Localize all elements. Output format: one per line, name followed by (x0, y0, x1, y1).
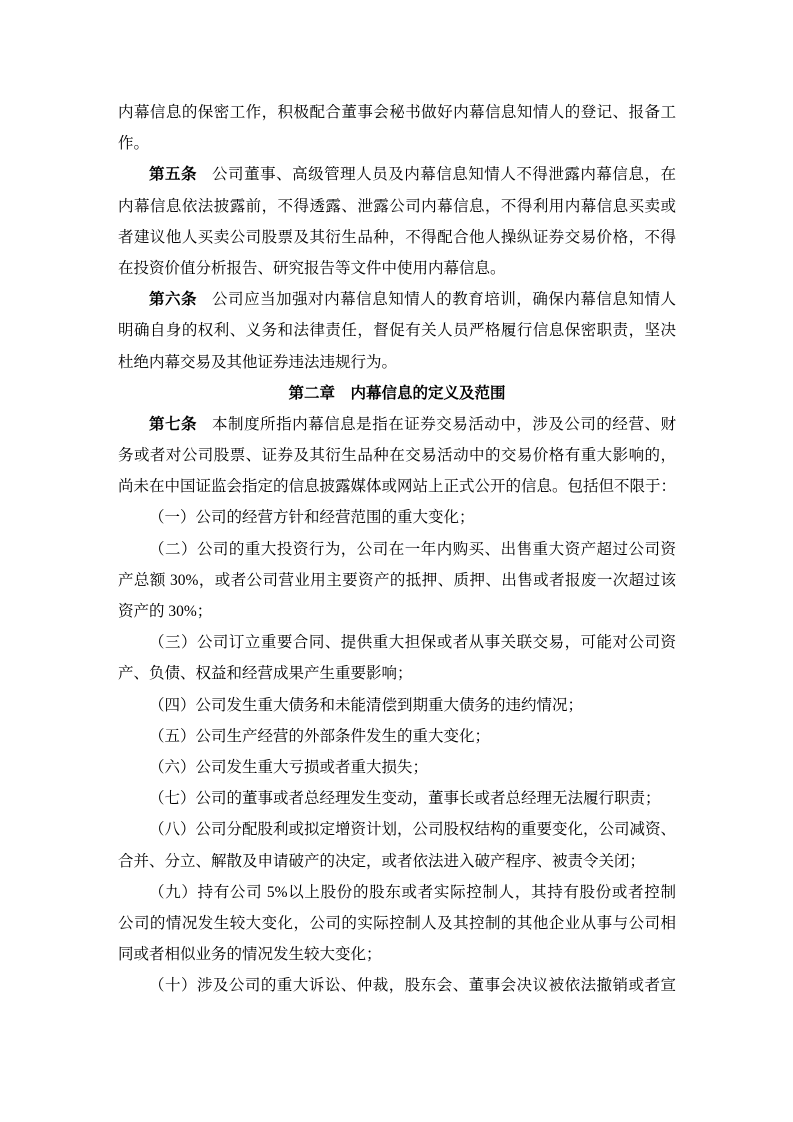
text-line: 内幕信息的保密工作，积极配合董事会秘书做好内幕信息知情人的登记、报备工 (118, 97, 676, 128)
text-line: （二）公司的重大投资行为，公司在一年内购买、出售重大资产超过公司资 (118, 534, 676, 565)
text-line: 在投资价值分析报告、研究报告等文件中使用内幕信息。 (118, 253, 676, 284)
text-line: （三）公司订立重要合同、提供重大担保或者从事关联交易，可能对公司资 (118, 627, 676, 658)
text-line: 务或者对公司股票、证券及其衍生品种在交易活动中的交易价格有重大影响的， (118, 440, 676, 471)
article-number: 第五条 (149, 166, 197, 183)
text-line: （六）公司发生重大亏损或者重大损失； (118, 752, 676, 783)
text-line: 尚未在中国证监会指定的信息披露媒体或网站上正式公开的信息。包括但不限于： (118, 471, 676, 502)
text-line: 杜绝内幕交易及其他证券违法违规行为。 (118, 347, 676, 378)
text-line: 第七条本制度所指内幕信息是指在证券交易活动中，涉及公司的经营、财 (118, 409, 676, 440)
text-line: 公司的情况发生较大变化，公司的实际控制人及其控制的其他企业从事与公司相 (118, 908, 676, 939)
text-line: （四）公司发生重大债务和未能清偿到期重大债务的违约情况； (118, 690, 676, 721)
text-line: 资产的 30%； (118, 596, 676, 627)
text-line: 内幕信息依法披露前，不得透露、泄露公司内幕信息，不得利用内幕信息买卖或 (118, 191, 676, 222)
text-line: 第五条公司董事、高级管理人员及内幕信息知情人不得泄露内幕信息，在 (118, 159, 676, 190)
text-line: 明确自身的权利、义务和法律责任，督促有关人员严格履行信息保密职责，坚决 (118, 315, 676, 346)
article-number: 第七条 (149, 416, 197, 433)
document-page: 内幕信息的保密工作，积极配合董事会秘书做好内幕信息知情人的登记、报备工作。第五条… (0, 0, 793, 1122)
text-line: 产总额 30%，或者公司营业用主要资产的抵押、质押、出售或者报废一次超过该 (118, 565, 676, 596)
text-line: 同或者相似业务的情况发生较大变化； (118, 939, 676, 970)
article-number: 第六条 (149, 291, 197, 308)
text-line: （九）持有公司 5%以上股份的股东或者实际控制人，其持有股份或者控制 (118, 877, 676, 908)
text-line: 者建议他人买卖公司股票及其衍生品种，不得配合他人操纵证券交易价格，不得 (118, 222, 676, 253)
text-line: 产、负债、权益和经营成果产生重要影响； (118, 658, 676, 689)
text-line: （十）涉及公司的重大诉讼、仲裁，股东会、董事会决议被依法撤销或者宣 (118, 970, 676, 1001)
text-line: （一）公司的经营方针和经营范围的重大变化； (118, 502, 676, 533)
text-line: 合并、分立、解散及申请破产的决定，或者依法进入破产程序、被责令关闭； (118, 846, 676, 877)
text-line: （五）公司生产经营的外部条件发生的重大变化； (118, 721, 676, 752)
document-body: 内幕信息的保密工作，积极配合董事会秘书做好内幕信息知情人的登记、报备工作。第五条… (118, 97, 676, 1001)
text-line: （八）公司分配股利或拟定增资计划，公司股权结构的重要变化，公司减资、 (118, 814, 676, 845)
text-line: 作。 (118, 128, 676, 159)
text-line: （七）公司的董事或者总经理发生变动，董事长或者总经理无法履行职责； (118, 783, 676, 814)
text-line: 第六条公司应当加强对内幕信息知情人的教育培训，确保内幕信息知情人 (118, 284, 676, 315)
chapter-heading: 第二章 内幕信息的定义及范围 (118, 378, 676, 409)
